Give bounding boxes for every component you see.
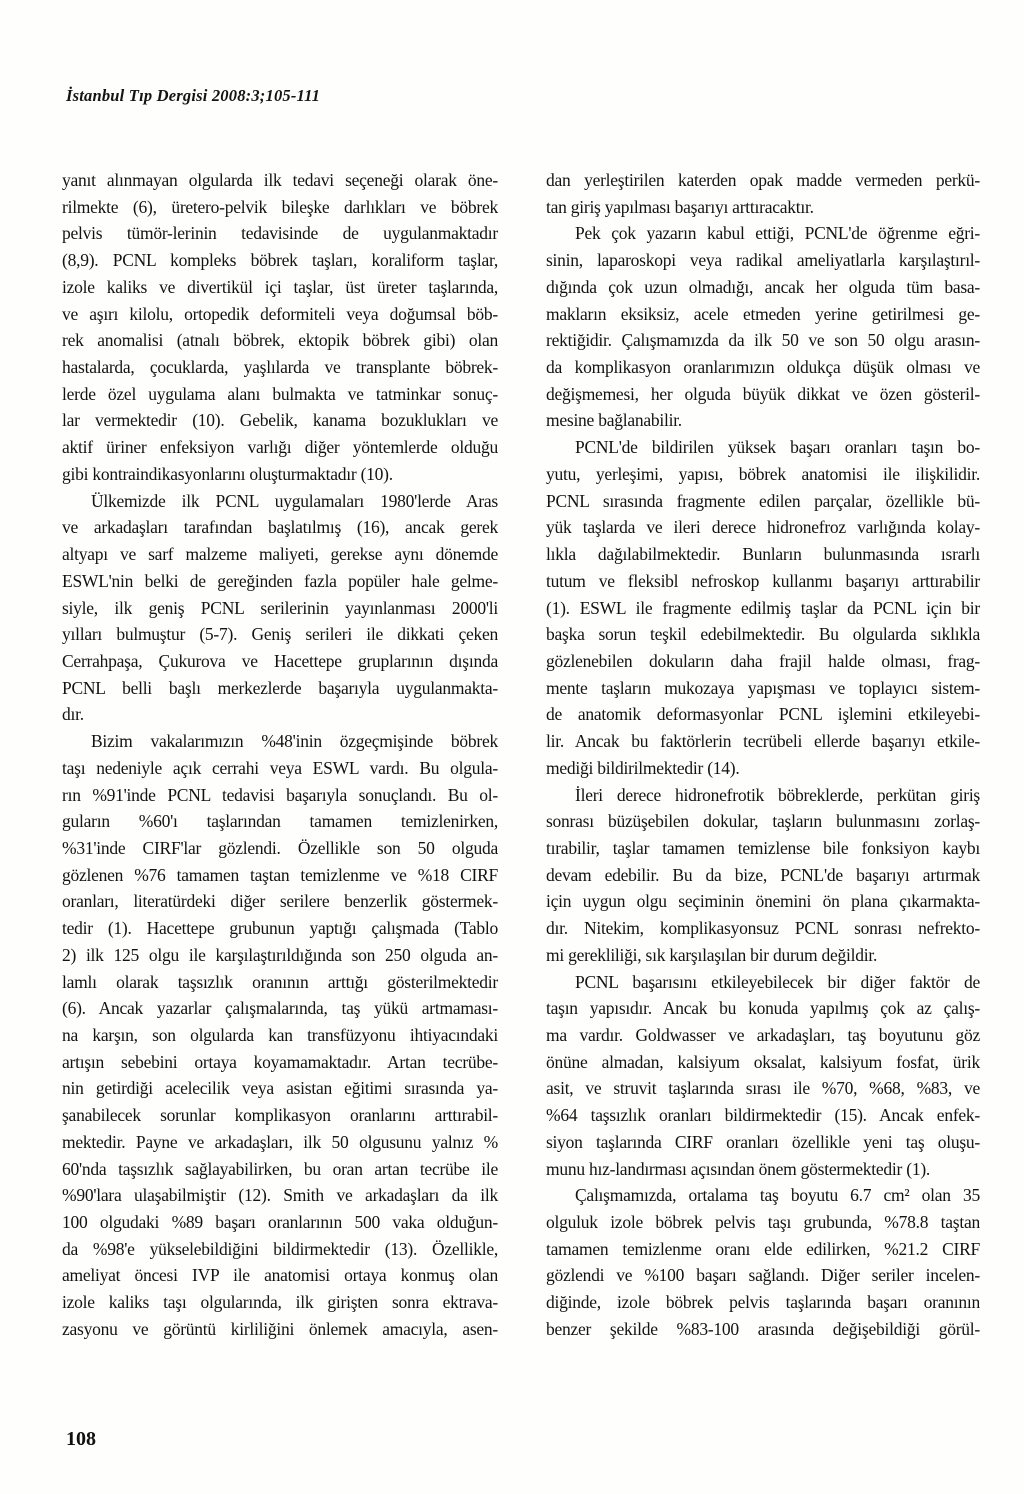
- text-line: ESWL'nin belki de gereğinden fazla popül…: [62, 568, 498, 595]
- text-line: siyle, ilk geniş PCNL serilerinin yayınl…: [62, 595, 498, 622]
- text-line: PCNL belli başlı merkezlerde başarıyla u…: [62, 675, 498, 702]
- text-line: yanıt alınmayan olgularda ilk tedavi seç…: [62, 167, 498, 194]
- text-line: altyapı ve sarf malzeme maliyeti, gereks…: [62, 541, 498, 568]
- text-line: taşı nedeniyle açık cerrahi veya ESWL va…: [62, 755, 498, 782]
- text-line: siyon taşlarında CIRF oranları özellikle…: [546, 1129, 980, 1156]
- text-line: munu hız-landırması açısından önem göste…: [546, 1156, 980, 1183]
- text-line: başka sorun teşkil edebilmektedir. Bu ol…: [546, 621, 980, 648]
- text-line: makların eksiksiz, acele etmeden yerine …: [546, 301, 980, 328]
- column-left: yanıt alınmayan olgularda ilk tedavi seç…: [62, 167, 498, 1343]
- text-line: dır. Nitekim, komplikasyonsuz PCNL sonra…: [546, 915, 980, 942]
- text-line: yutu, yerleşimi, yapısı, böbrek anatomis…: [546, 461, 980, 488]
- column-right: dan yerleştirilen katerden opak madde ve…: [546, 167, 980, 1343]
- text-line: benzer şekilde %83-100 arasında değişebi…: [546, 1316, 980, 1343]
- text-line: lerde özel uygulama alanı bulmakta ve ta…: [62, 381, 498, 408]
- text-line: 60'nda taşsızlık sağlayabilirken, bu ora…: [62, 1156, 498, 1183]
- text-line: oranları, literatürdeki diğer serilere b…: [62, 888, 498, 915]
- text-line: mediği bildirilmektedir (14).: [546, 755, 980, 782]
- text-line: sinin, laparoskopi veya radikal ameliyat…: [546, 247, 980, 274]
- text-line: lamlı olarak taşsızlık oranının arttığı …: [62, 969, 498, 996]
- text-line: tutum ve fleksibl nefroskop kullanmı baş…: [546, 568, 980, 595]
- text-line: Pek çok yazarın kabul ettiği, PCNL'de öğ…: [546, 220, 980, 247]
- text-line: Bizim vakalarımızın %48'inin özgeçmişind…: [62, 728, 498, 755]
- text-line: PCNL başarısını etkileyebilecek bir diğe…: [546, 969, 980, 996]
- text-line: pelvis tümör-lerinin tedavisinde de uygu…: [62, 220, 498, 247]
- text-line: Cerrahpaşa, Çukurova ve Hacettepe grupla…: [62, 648, 498, 675]
- text-line: tamamen temizlenme oranı elde edilirken,…: [546, 1236, 980, 1263]
- text-line: da komplikasyon oranlarımızın oldukça dü…: [546, 354, 980, 381]
- text-line: tırabilir, taşlar tamamen temizlense bil…: [546, 835, 980, 862]
- text-line: devam edebilir. Bu da bize, PCNL'de başa…: [546, 862, 980, 889]
- text-line: da %98'e yükselebildiğini bildirmektedir…: [62, 1236, 498, 1263]
- text-line: 100 olgudaki %89 başarı oranlarının 500 …: [62, 1209, 498, 1236]
- text-line: ve aşırı kilolu, ortopedik deformiteli v…: [62, 301, 498, 328]
- text-line: olguluk izole böbrek pelvis taşı grubund…: [546, 1209, 980, 1236]
- running-head: İstanbul Tıp Dergisi 2008:3;105-111: [66, 86, 320, 106]
- text-line: tedir (1). Hacettepe grubunun yaptığı ça…: [62, 915, 498, 942]
- text-line: izole kaliks taşı olgularında, ilk giriş…: [62, 1289, 498, 1316]
- text-line: dan yerleştirilen katerden opak madde ve…: [546, 167, 980, 194]
- text-line: rın %91'inde PCNL tedavisi başarıyla son…: [62, 782, 498, 809]
- text-line: mektedir. Payne ve arkadaşları, ilk 50 o…: [62, 1129, 498, 1156]
- text-line: diğinde, izole böbrek pelvis taşlarında …: [546, 1289, 980, 1316]
- text-line: PCNL sırasında fragmente edilen parçalar…: [546, 488, 980, 515]
- text-line: rektiğidir. Çalışmamızda da ilk 50 ve so…: [546, 327, 980, 354]
- text-line: şanabilecek sorunlar komplikasyon oranla…: [62, 1102, 498, 1129]
- text-line: ameliyat öncesi IVP ile anatomisi ortaya…: [62, 1262, 498, 1289]
- text-line: değişmemesi, her olguda büyük dikkat ve …: [546, 381, 980, 408]
- text-line: gözlenebilen dokuların daha frajil halde…: [546, 648, 980, 675]
- text-line: izole kaliks ve divertikül içi taşlar, ü…: [62, 274, 498, 301]
- text-line: tan giriş yapılması başarıyı arttıracakt…: [546, 194, 980, 221]
- text-line: lar vermektedir (10). Gebelik, kanama bo…: [62, 407, 498, 434]
- text-line: %64 taşsızlık oranları bildirmektedir (1…: [546, 1102, 980, 1129]
- text-line: İleri derece hidronefrotik böbreklerde, …: [546, 782, 980, 809]
- text-line: mi gerekliliği, sık karşılaşılan bir dur…: [546, 942, 980, 969]
- text-line: gibi kontraindikasyonlarını oluşturmakta…: [62, 461, 498, 488]
- text-line: dır.: [62, 701, 498, 728]
- text-line: nin getirdiği acelecilik veya asistan eğ…: [62, 1075, 498, 1102]
- text-line: yılları bulmuştur (5-7). Geniş serileri …: [62, 621, 498, 648]
- text-line: guların %60'ı taşlarından tamamen temizl…: [62, 808, 498, 835]
- text-line: yük taşlarda ve ileri derece hidronefroz…: [546, 514, 980, 541]
- page-number: 108: [66, 1428, 96, 1451]
- text-line: %90'lara ulaşabilmiştir (12). Smith ve a…: [62, 1182, 498, 1209]
- text-line: sonrası büzüşebilen dokular, taşların bu…: [546, 808, 980, 835]
- text-line: ve arkadaşları tarafından başlatılmış (1…: [62, 514, 498, 541]
- text-line: mente taşların mukozaya yapışması ve top…: [546, 675, 980, 702]
- text-line: rek anomalisi (atnalı böbrek, ektopik bö…: [62, 327, 498, 354]
- text-line: ma vardır. Goldwasser ve arkadaşları, ta…: [546, 1022, 980, 1049]
- text-line: 2) ilk 125 olgu ile karşılaştırıldığında…: [62, 942, 498, 969]
- text-line: asit, ve struvit taşlarında sırası ile %…: [546, 1075, 980, 1102]
- text-line: hastalarda, çocuklarda, yaşlılarda ve tr…: [62, 354, 498, 381]
- text-line: (8,9). PCNL kompleks böbrek taşları, kor…: [62, 247, 498, 274]
- text-line: Ülkemizde ilk PCNL uygulamaları 1980'ler…: [62, 488, 498, 515]
- text-line: taşın yapısıdır. Ancak bu konuda yapılmı…: [546, 995, 980, 1022]
- text-line: önüne almadan, kalsiyum oksalat, kalsiyu…: [546, 1049, 980, 1076]
- text-line: %31'inde CIRF'lar gözlendi. Özellikle so…: [62, 835, 498, 862]
- text-line: aktif üriner enfeksiyon varlığı diğer yö…: [62, 434, 498, 461]
- text-line: (1). ESWL ile fragmente edilmiş taşlar d…: [546, 595, 980, 622]
- text-line: de anatomik deformasyonlar PCNL işlemini…: [546, 701, 980, 728]
- text-line: na karşın, son olgularda kan transfüzyon…: [62, 1022, 498, 1049]
- text-line: mesine bağlanabilir.: [546, 407, 980, 434]
- text-line: PCNL'de bildirilen yüksek başarı oranlar…: [546, 434, 980, 461]
- text-line: lir. Ancak bu faktörlerin tecrübeli elle…: [546, 728, 980, 755]
- text-line: rilmekte (6), üretero-pelvik bileşke dar…: [62, 194, 498, 221]
- text-line: zasyonu ve görüntü kirliliğini önlemek a…: [62, 1316, 498, 1343]
- text-line: lıkla dağılabilmektedir. Bunların bulunm…: [546, 541, 980, 568]
- text-line: için uygun olgu seçiminin önemini ön pla…: [546, 888, 980, 915]
- text-line: gözlendi ve %100 başarı sağlandı. Diğer …: [546, 1262, 980, 1289]
- text-line: gözlenen %76 tamamen taştan temizlenme v…: [62, 862, 498, 889]
- text-line: (6). Ancak yazarlar çalışmalarında, taş …: [62, 995, 498, 1022]
- text-line: dığında çok uzun olmadığı, ancak her olg…: [546, 274, 980, 301]
- journal-page: İstanbul Tıp Dergisi 2008:3;105-111 yanı…: [0, 0, 1024, 1494]
- text-line: Çalışmamızda, ortalama taş boyutu 6.7 cm…: [546, 1182, 980, 1209]
- text-line: artışın sebebini ortaya koyamamaktadır. …: [62, 1049, 498, 1076]
